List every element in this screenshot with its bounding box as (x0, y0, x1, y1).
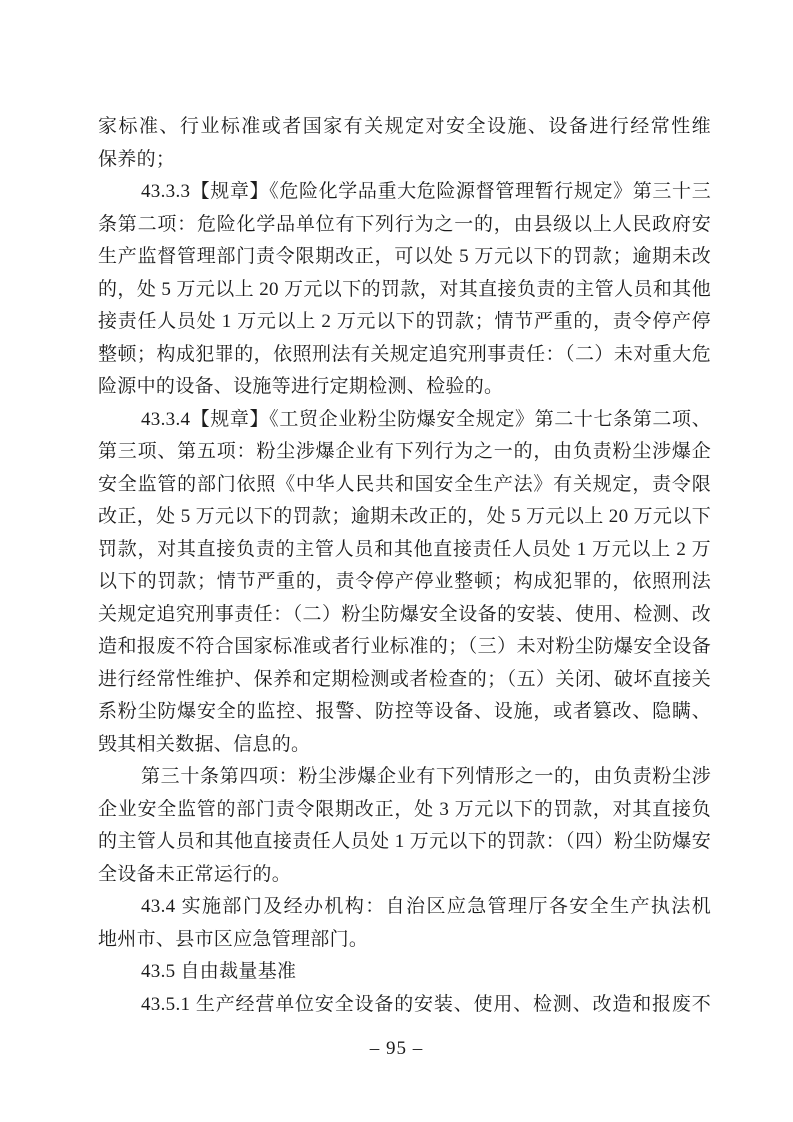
text-line: 第三项、第五项：粉尘涉爆企业有下列行为之一的，由负责粉尘涉爆企业 (98, 436, 711, 469)
text-line: 企业安全监管的部门责令限期改正，处 3 万元以下的罚款，对其直接负责 (98, 794, 711, 827)
text-line: 43.5 自由裁量基准 (98, 956, 711, 989)
text-line: 接责任人员处 1 万元以上 2 万元以下的罚款；情节严重的，责令停产停业 (98, 306, 711, 339)
text-line: 43.3.3【规章】《危险化学品重大危险源督管理暂行规定》第三十三 (98, 176, 711, 209)
text-line: 43.5.1 生产经营单位安全设备的安装、使用、检测、改造和报废不符 (98, 989, 711, 1022)
page-number: – 95 – (0, 1036, 793, 1062)
text-line: 安全监管的部门依照《中华人民共和国安全生产法》有关规定，责令限期 (98, 469, 711, 502)
text-line: 以下的罚款；情节严重的，责令停产停业整顿；构成犯罪的，依照刑法有 (98, 566, 711, 599)
text-line: 保养的； (98, 144, 711, 177)
text-line: 43.3.4【规章】《工贸企业粉尘防爆安全规定》第二十七条第二项、 (98, 404, 711, 437)
text-line: 地州市、县市区应急管理部门。 (98, 924, 711, 957)
document-page: 家标准、行业标准或者国家有关规定对安全设施、设备进行经常性维护、 保养的； 43… (0, 0, 793, 1122)
text-line: 毁其相关数据、信息的。 (98, 729, 711, 762)
text-line: 条第二项：危险化学品单位有下列行为之一的，由县级以上人民政府安全 (98, 209, 711, 242)
document-body: 家标准、行业标准或者国家有关规定对安全设施、设备进行经常性维护、 保养的； 43… (98, 111, 711, 1021)
text-line: 造和报废不符合国家标准或者行业标准的；（三）未对粉尘防爆安全设备 (98, 631, 711, 664)
text-line: 的，处 5 万元以上 20 万元以下的罚款，对其直接负责的主管人员和其他直 (98, 274, 711, 307)
text-line: 家标准、行业标准或者国家有关规定对安全设施、设备进行经常性维护、 (98, 111, 711, 144)
text-line: 全设备未正常运行的。 (98, 859, 711, 892)
text-line: 的主管人员和其他直接责任人员处 1 万元以下的罚款：（四）粉尘防爆安 (98, 826, 711, 859)
text-line: 系粉尘防爆安全的监控、报警、防控等设备、设施，或者篡改、隐瞒、销 (98, 696, 711, 729)
text-line: 整顿；构成犯罪的，依照刑法有关规定追究刑事责任：（二）未对重大危 (98, 339, 711, 372)
text-line: 罚款，对其直接负责的主管人员和其他直接责任人员处 1 万元以上 2 万元 (98, 534, 711, 567)
text-line: 进行经常性维护、保养和定期检测或者检查的；（五）关闭、破坏直接关 (98, 664, 711, 697)
text-line: 关规定追究刑事责任：（二）粉尘防爆安全设备的安装、使用、检测、改 (98, 599, 711, 632)
text-line: 43.4 实施部门及经办机构：自治区应急管理厅各安全生产执法机构， (98, 891, 711, 924)
text-line: 改正，处 5 万元以下的罚款；逾期未改正的，处 5 万元以上 20 万元以下的 (98, 501, 711, 534)
text-line: 险源中的设备、设施等进行定期检测、检验的。 (98, 371, 711, 404)
text-line: 第三十条第四项：粉尘涉爆企业有下列情形之一的，由负责粉尘涉爆 (98, 761, 711, 794)
text-line: 生产监督管理部门责令限期改正，可以处 5 万元以下的罚款；逾期未改正 (98, 241, 711, 274)
